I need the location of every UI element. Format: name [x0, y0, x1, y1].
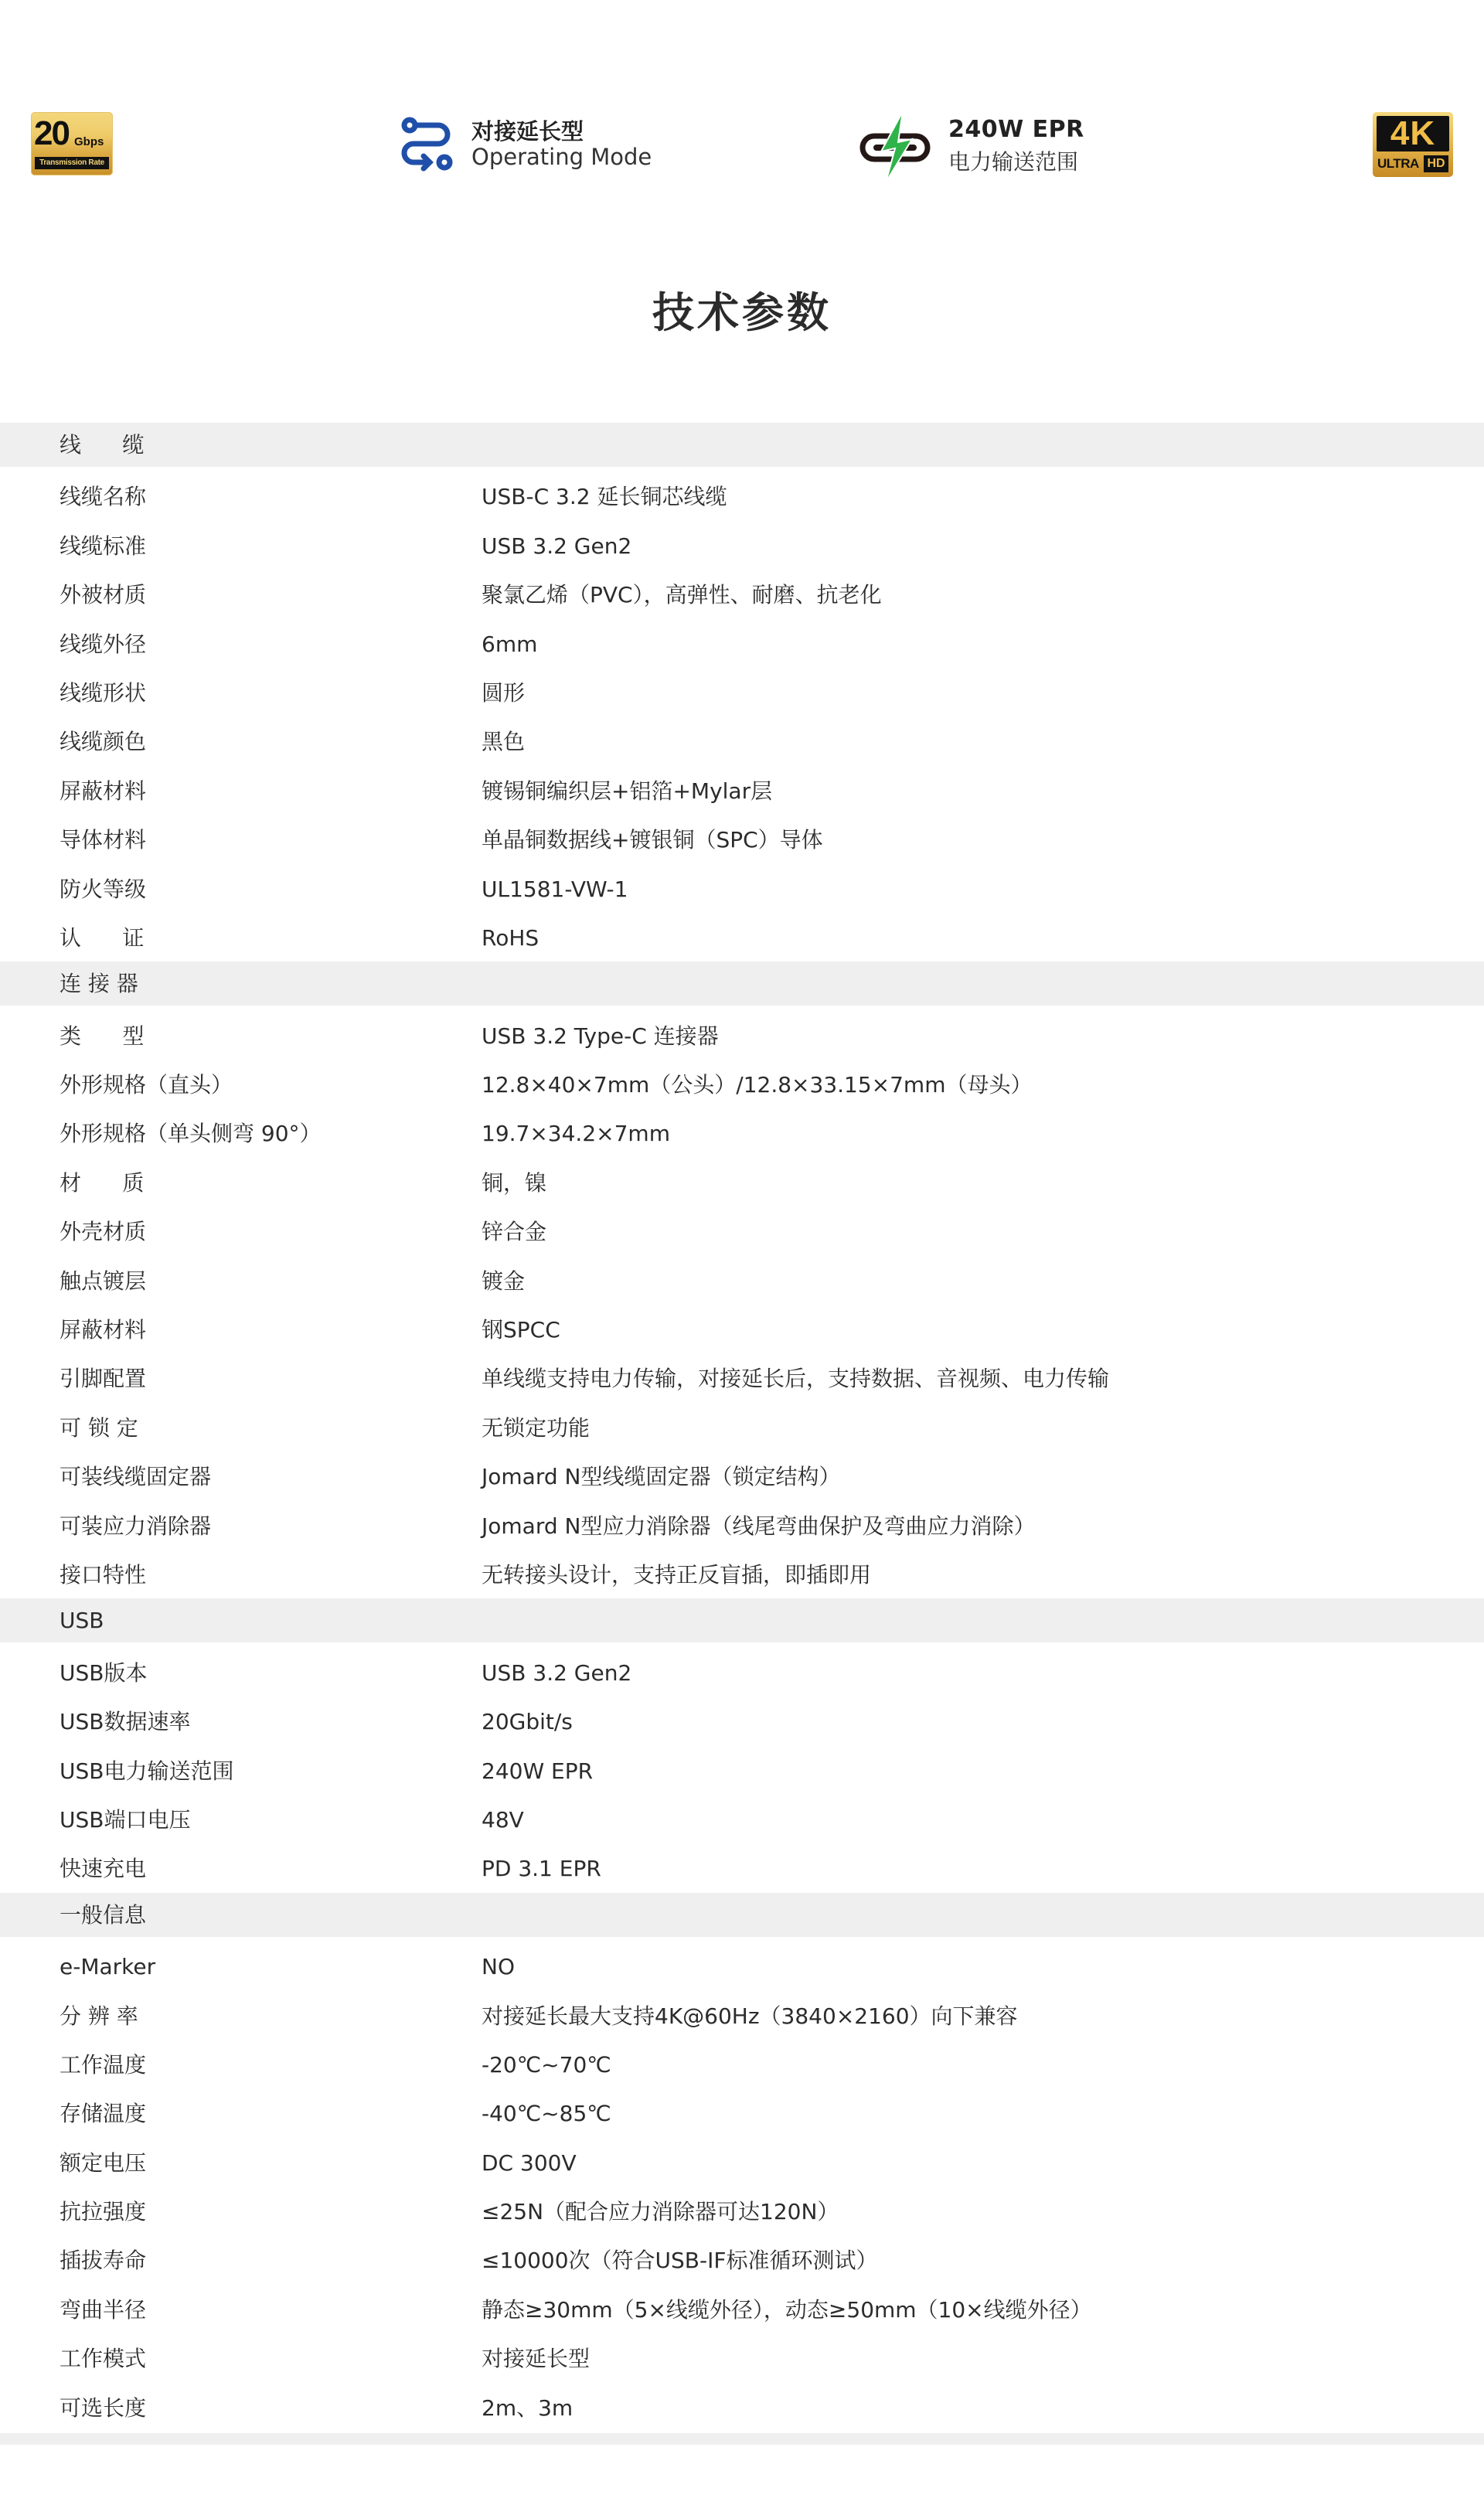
spec-label: 防火等级	[60, 876, 146, 903]
ultra-label: ULTRA	[1377, 156, 1419, 172]
section-title: 线 缆	[60, 432, 144, 458]
section-header: 线 缆	[0, 423, 1484, 471]
spec-label: 工作模式	[60, 2346, 146, 2372]
spec-value: 48V	[482, 1807, 524, 1833]
spec-label: 线缆标准	[60, 533, 146, 560]
spec-row: USB端口电压48V	[0, 1795, 1484, 1843]
spec-row: 抗拉强度≤25N（配合应力消除器可达120N）	[0, 2187, 1484, 2235]
spec-label: 可 锁 定	[60, 1415, 138, 1441]
spec-label: 抗拉强度	[60, 2199, 146, 2225]
spec-value: 镀锡铜编织层+铝箔+Mylar层	[482, 778, 772, 805]
spec-row: 存储温度-40℃~85℃	[0, 2088, 1484, 2137]
spec-label: 可装线缆固定器	[60, 1464, 211, 1490]
spec-row: 工作模式对接延长型	[0, 2333, 1484, 2382]
spec-label: 快速充电	[60, 1856, 146, 1882]
usb-c-lightning-icon	[858, 110, 935, 187]
spec-value: 锌合金	[482, 1219, 546, 1245]
spec-value: 对接延长型	[482, 2346, 590, 2372]
spec-label: 弯曲半径	[60, 2297, 146, 2323]
spec-row: 屏蔽材料钢SPCC	[0, 1305, 1484, 1353]
hd-label: HD	[1424, 155, 1448, 172]
spec-value: 无转接头设计，支持正反盲插，即插即用	[482, 1562, 871, 1588]
spec-label: 外被材质	[60, 582, 146, 608]
operating-mode-title: 对接延长型	[471, 114, 584, 146]
spec-value: NO	[482, 1954, 515, 1980]
spec-value: 12.8×40×7mm（公头）/12.8×33.15×7mm（母头）	[482, 1072, 1032, 1098]
operating-mode-subtitle: Operating Mode	[471, 144, 652, 170]
spec-row: 类 型USB 3.2 Type-C 连接器	[0, 1011, 1484, 1060]
route-arrows-icon	[398, 113, 460, 178]
power-subtitle: 电力输送范围	[948, 145, 1078, 176]
spec-row: 屏蔽材料镀锡铜编织层+铝箔+Mylar层	[0, 766, 1484, 815]
spec-label: 屏蔽材料	[60, 1317, 146, 1343]
spec-label: 屏蔽材料	[60, 778, 146, 805]
spec-row: 分 辨 率对接延长最大支持4K@60Hz（3840×2160）向下兼容	[0, 1991, 1484, 2040]
section-band	[0, 423, 1484, 467]
spec-value: 圆形	[482, 680, 525, 706]
operating-mode-feature: 对接延长型 Operating Mode	[398, 113, 653, 182]
spec-value: USB 3.2 Type-C 连接器	[482, 1023, 719, 1050]
transmission-rate-badge: 20 Gbps Transmission Rate	[31, 112, 113, 175]
spec-value: 240W EPR	[482, 1758, 593, 1785]
spec-label: 外壳材质	[60, 1219, 146, 1245]
spec-value: RoHS	[482, 925, 539, 951]
spec-label: 线缆形状	[60, 680, 146, 706]
spec-label: USB数据速率	[60, 1709, 190, 1735]
spec-label: 材 质	[60, 1170, 144, 1196]
spec-label: 类 型	[60, 1023, 144, 1050]
spec-row: 可装应力消除器Jomard N型应力消除器（线尾弯曲保护及弯曲应力消除）	[0, 1501, 1484, 1550]
spec-label: 工作温度	[60, 2052, 146, 2078]
spec-row: 可装线缆固定器Jomard N型线缆固定器（锁定结构）	[0, 1452, 1484, 1500]
spec-row: 弯曲半径静态≥30mm（5×线缆外径），动态≥50mm（10×线缆外径）	[0, 2285, 1484, 2333]
spec-row: e-MarkerNO	[0, 1942, 1484, 1990]
spec-row: 外壳材质锌合金	[0, 1207, 1484, 1255]
spec-label: 接口特性	[60, 1562, 146, 1588]
spec-label: 线缆名称	[60, 484, 146, 510]
speed-unit: Gbps	[74, 135, 104, 148]
spec-value: 20Gbit/s	[482, 1709, 573, 1735]
spec-row: 外形规格（直头）12.8×40×7mm（公头）/12.8×33.15×7mm（母…	[0, 1060, 1484, 1108]
spec-label: USB电力输送范围	[60, 1758, 233, 1785]
spec-row: 触点镀层镀金	[0, 1256, 1484, 1305]
spec-row: 插拔寿命≤10000次（符合USB-IF标准循环测试）	[0, 2235, 1484, 2284]
spec-value: 2m、3m	[482, 2395, 573, 2422]
section-band	[0, 1893, 1484, 1937]
spec-label: 触点镀层	[60, 1268, 146, 1295]
spec-value: DC 300V	[482, 2150, 577, 2177]
spec-value: USB 3.2 Gen2	[482, 533, 631, 560]
spec-label: 引脚配置	[60, 1366, 146, 1392]
section-title: 连 接 器	[60, 971, 138, 997]
spec-value: 6mm	[482, 631, 537, 658]
spec-label: 额定电压	[60, 2150, 146, 2177]
spec-value: 19.7×34.2×7mm	[482, 1121, 670, 1147]
spec-value: 单线缆支持电力传输，对接延长后，支持数据、音视频、电力传输	[482, 1366, 1109, 1392]
spec-row: 认 证RoHS	[0, 913, 1484, 961]
spec-value: -40℃~85℃	[482, 2101, 611, 2127]
speed-caption: Transmission Rate	[35, 157, 109, 169]
spec-row: 引脚配置单线缆支持电力传输，对接延长后，支持数据、音视频、电力传输	[0, 1353, 1484, 1402]
spec-row: 线缆名称USB-C 3.2 延长铜芯线缆	[0, 471, 1484, 520]
spec-label: 导体材料	[60, 827, 146, 853]
spec-row: 线缆形状圆形	[0, 668, 1484, 716]
spec-row: USB版本USB 3.2 Gen2	[0, 1648, 1484, 1697]
spec-value: PD 3.1 EPR	[482, 1856, 601, 1882]
spec-row: 线缆外径6mm	[0, 619, 1484, 668]
table-bottom-band	[0, 2433, 1484, 2445]
spec-row: 快速充电PD 3.1 EPR	[0, 1843, 1484, 1892]
spec-row: 外形规格（单头侧弯 90°）19.7×34.2×7mm	[0, 1108, 1484, 1157]
spec-row: 工作温度-20℃~70℃	[0, 2040, 1484, 2088]
spec-value: ≤10000次（符合USB-IF标准循环测试）	[482, 2248, 877, 2274]
power-title: 240W EPR	[948, 116, 1084, 143]
spec-label: 认 证	[60, 925, 144, 951]
spec-label: 线缆外径	[60, 631, 146, 658]
spec-value: USB-C 3.2 延长铜芯线缆	[482, 484, 727, 510]
section-title: USB	[60, 1608, 104, 1634]
spec-value: 镀金	[482, 1268, 525, 1295]
spec-label: USB端口电压	[60, 1807, 190, 1833]
spec-label: 插拔寿命	[60, 2248, 146, 2274]
spec-value: 对接延长最大支持4K@60Hz（3840×2160）向下兼容	[482, 2003, 1018, 2030]
spec-row: 线缆颜色黑色	[0, 716, 1484, 765]
spec-value: 单晶铜数据线+镀银铜（SPC）导体	[482, 827, 823, 853]
spec-label: USB版本	[60, 1660, 147, 1686]
spec-value: 钢SPCC	[482, 1317, 560, 1343]
spec-row: 导体材料单晶铜数据线+镀银铜（SPC）导体	[0, 815, 1484, 863]
section-header: USB	[0, 1598, 1484, 1647]
spec-value: -20℃~70℃	[482, 2052, 611, 2078]
section-title: 一般信息	[60, 1902, 146, 1928]
spec-label: 可装应力消除器	[60, 1513, 211, 1540]
spec-label: e-Marker	[60, 1954, 155, 1980]
spec-label: 可选长度	[60, 2395, 146, 2422]
feature-strip: 20 Gbps Transmission Rate 对接延长型 Operatin…	[0, 0, 1484, 201]
resolution-value: 4K	[1377, 116, 1449, 151]
spec-value: 聚氯乙烯（PVC），高弹性、耐磨、抗老化	[482, 582, 882, 608]
page-title: 技术参数	[0, 280, 1484, 339]
spec-row: USB电力输送范围240W EPR	[0, 1746, 1484, 1795]
spec-label: 存储温度	[60, 2101, 146, 2127]
spec-value: 黑色	[482, 729, 525, 755]
section-band	[0, 961, 1484, 1006]
spec-label: 分 辨 率	[60, 2003, 138, 2030]
spec-value: UL1581-VW-1	[482, 876, 628, 903]
spec-row: 外被材质聚氯乙烯（PVC），高弹性、耐磨、抗老化	[0, 570, 1484, 618]
spec-row: 可 锁 定无锁定功能	[0, 1403, 1484, 1452]
spec-row: 材 质铜，镍	[0, 1158, 1484, 1207]
spec-value: Jomard N型线缆固定器（锁定结构）	[482, 1464, 840, 1490]
section-header: 一般信息	[0, 1893, 1484, 1942]
spec-row: USB数据速率20Gbit/s	[0, 1697, 1484, 1745]
spec-row: 接口特性无转接头设计，支持正反盲插，即插即用	[0, 1550, 1484, 1598]
spec-row: 可选长度2m、3m	[0, 2383, 1484, 2432]
power-delivery-feature: 240W EPR 电力输送范围	[858, 113, 1105, 182]
4k-ultra-hd-badge: 4K ULTRA HD	[1373, 112, 1453, 177]
spec-row: 线缆标准USB 3.2 Gen2	[0, 521, 1484, 570]
spec-value: 铜，镍	[482, 1170, 546, 1196]
spec-value: 静态≥30mm（5×线缆外径），动态≥50mm（10×线缆外径）	[482, 2297, 1092, 2323]
spec-label: 外形规格（直头）	[60, 1072, 233, 1098]
spec-value: USB 3.2 Gen2	[482, 1660, 631, 1686]
speed-value: 20	[34, 117, 69, 151]
spec-label: 外形规格（单头侧弯 90°）	[60, 1121, 322, 1147]
spec-label: 线缆颜色	[60, 729, 146, 755]
section-band	[0, 1598, 1484, 1642]
spec-value: Jomard N型应力消除器（线尾弯曲保护及弯曲应力消除）	[482, 1513, 1035, 1540]
spec-table: 线 缆线缆名称USB-C 3.2 延长铜芯线缆线缆标准USB 3.2 Gen2外…	[0, 423, 1484, 2432]
spec-value: 无锁定功能	[482, 1415, 590, 1441]
spec-row: 防火等级UL1581-VW-1	[0, 864, 1484, 913]
section-header: 连 接 器	[0, 961, 1484, 1010]
spec-row: 额定电压DC 300V	[0, 2138, 1484, 2187]
spec-value: ≤25N（配合应力消除器可达120N）	[482, 2199, 839, 2225]
